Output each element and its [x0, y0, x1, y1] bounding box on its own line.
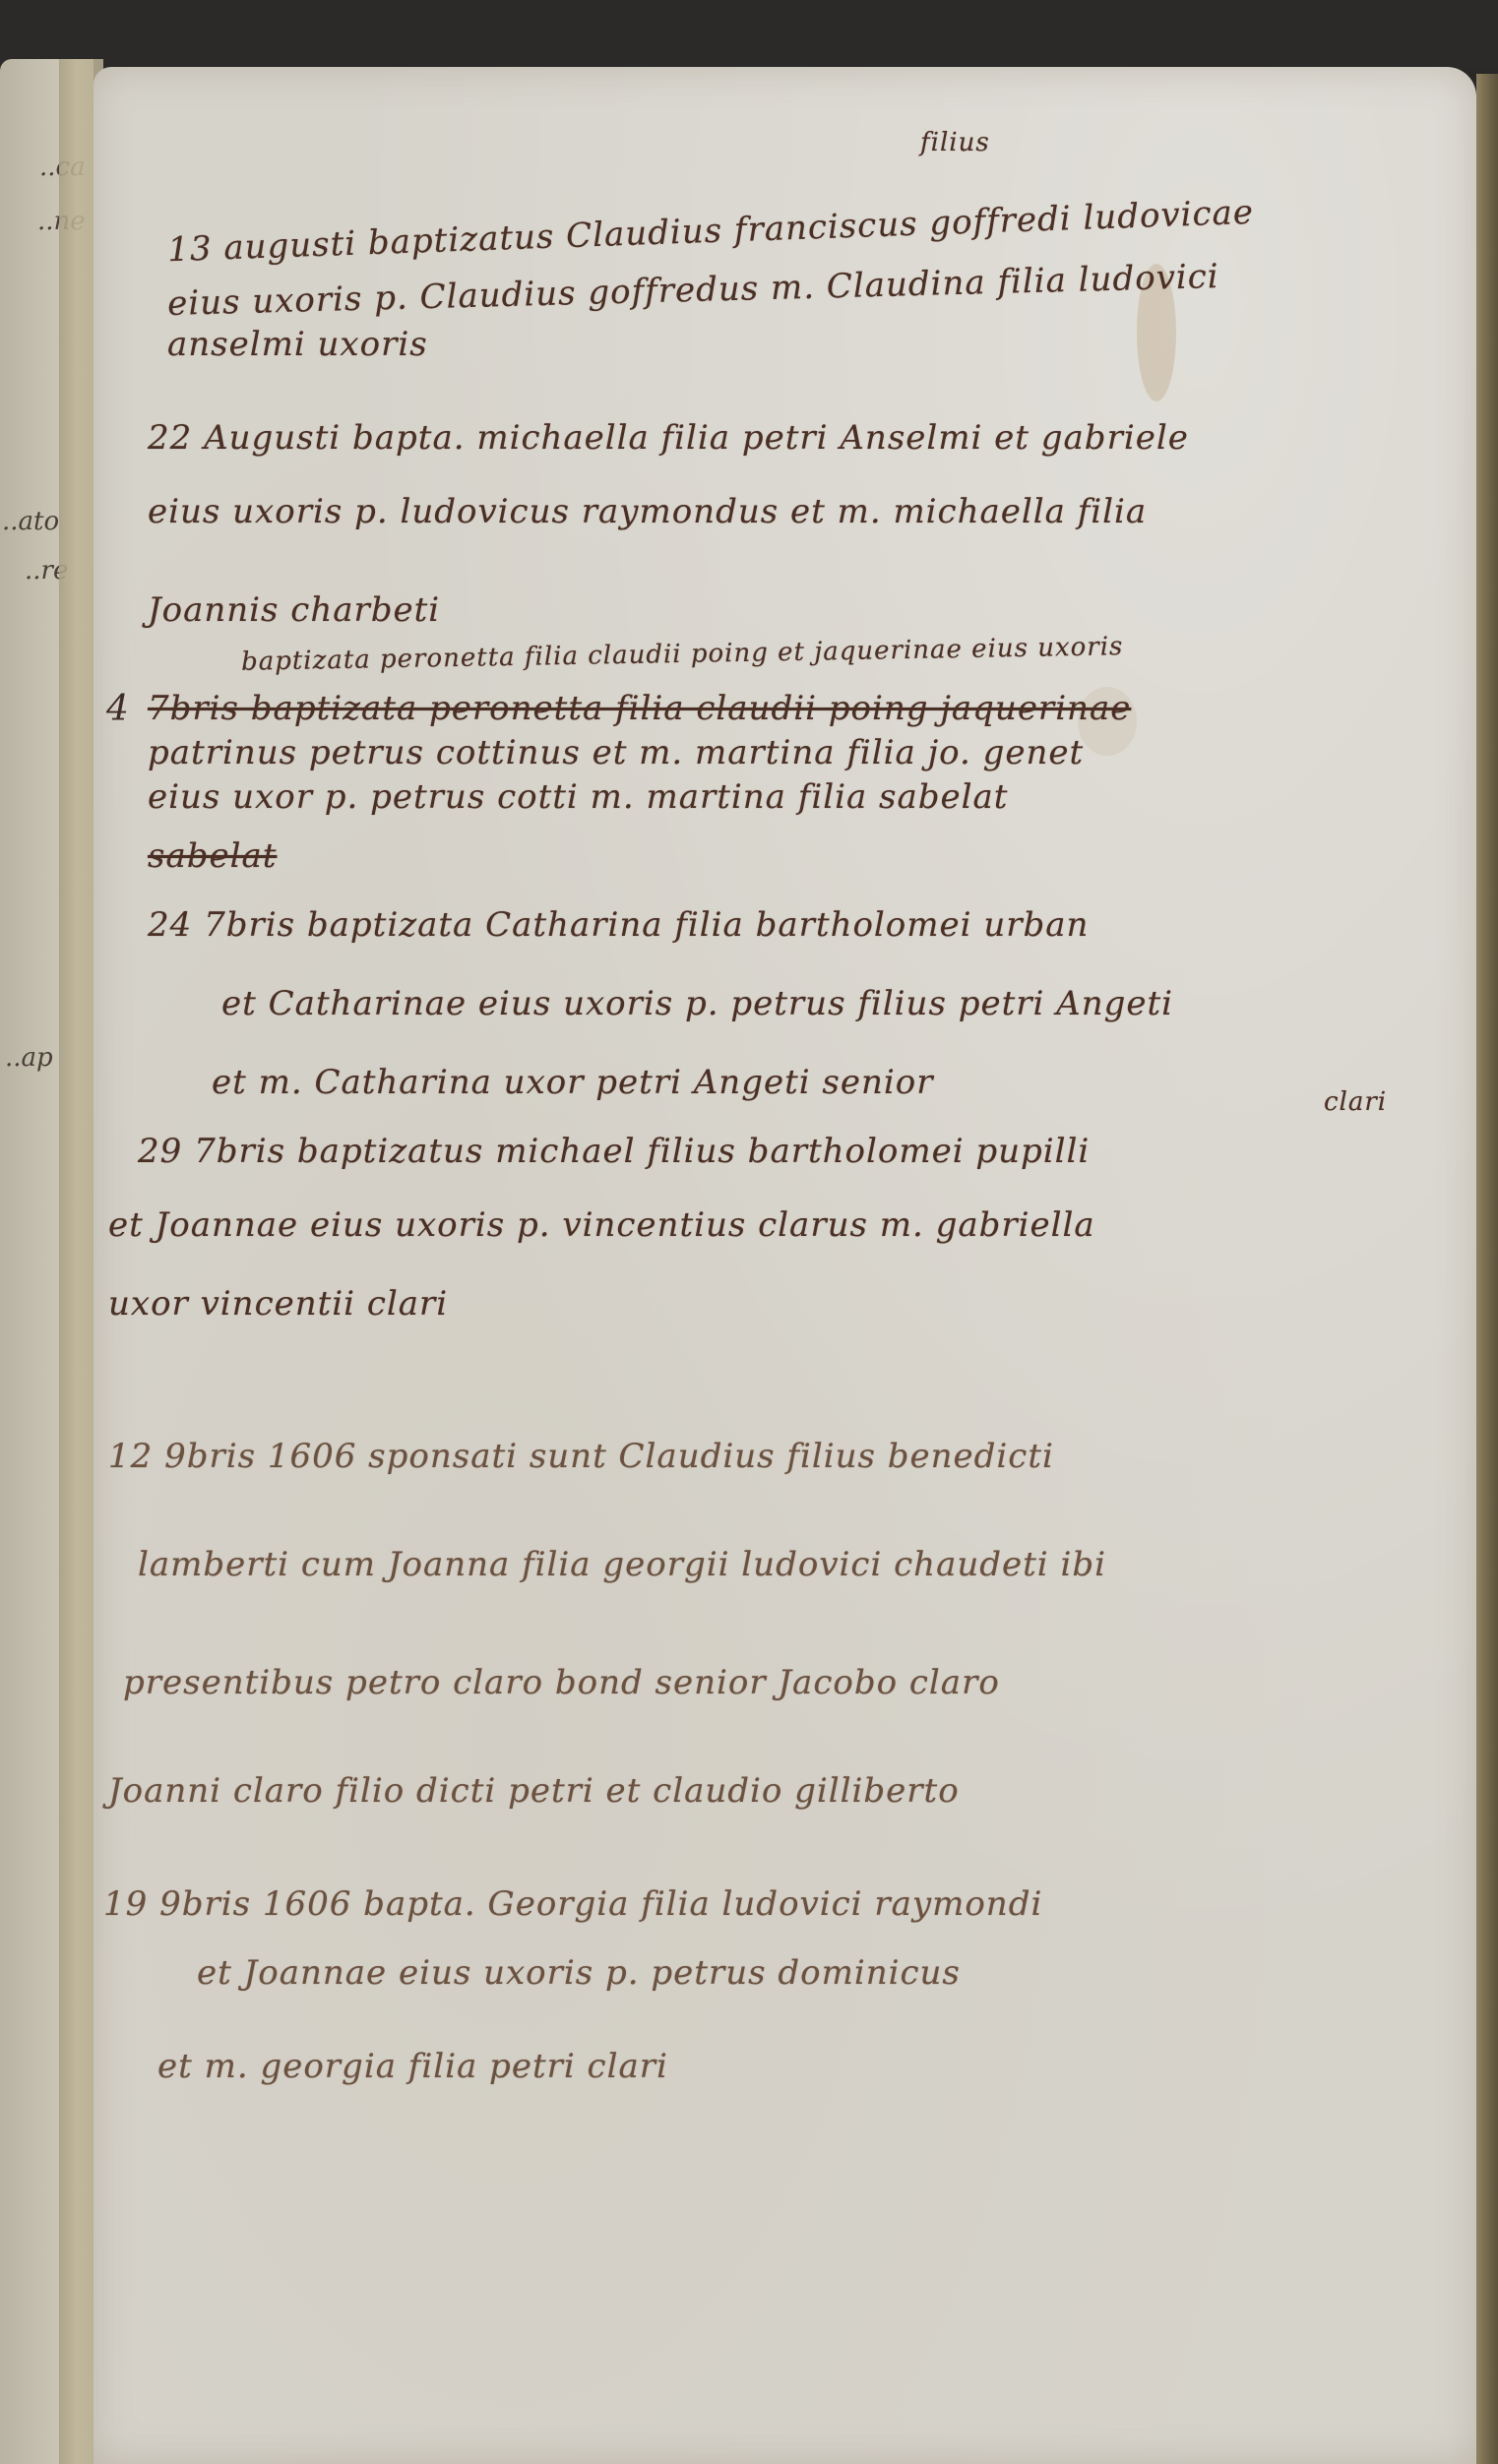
entry-line: et m. georgia filia petri clari	[157, 2047, 668, 2086]
entry-line: uxor vincentii clari	[108, 1284, 448, 1324]
entry-line: et Joannae eius uxoris p. vincentius cla…	[108, 1205, 1095, 1245]
struck-entry-line: sabelat	[148, 836, 277, 876]
entry-line: lamberti cum Joanna filia georgii ludovi…	[138, 1545, 1106, 1584]
entry-line: 29 7bris baptizatus michael filius barth…	[138, 1132, 1090, 1171]
page-stack-edge	[1476, 74, 1498, 2464]
entry-line: presentibus petro claro bond senior Jaco…	[123, 1663, 1000, 1702]
struck-entry-line: 7bris baptizata peronetta filia claudii …	[148, 689, 1131, 728]
entry-line: eius uxoris p. ludovicus raymondus et m.…	[148, 492, 1147, 531]
entry-line: anselmi uxoris	[167, 325, 428, 364]
entry-line: 22 Augusti bapta. michaella filia petri …	[148, 418, 1189, 458]
entry-line: 12 9bris 1606 sponsati sunt Claudius fil…	[108, 1437, 1054, 1476]
entry-line: patrinus petrus cottinus et m. martina f…	[148, 733, 1084, 772]
entry-line: et Joannae eius uxoris p. petrus dominic…	[197, 1953, 961, 1993]
entry-line: Joanni claro filio dicti petri et claudi…	[108, 1771, 960, 1811]
entry-line: Joannis charbeti	[148, 590, 440, 630]
entry-line: eius uxor p. petrus cotti m. martina fil…	[148, 777, 1008, 817]
scan-background	[0, 0, 1498, 69]
interlinear-note: clari	[1324, 1087, 1387, 1117]
entry-line: et m. Catharina uxor petri Angeti senior	[212, 1063, 934, 1102]
margin-fragment: ..ato	[2, 507, 59, 536]
margin-fragment: ..ap	[5, 1043, 53, 1073]
interlinear-note: filius	[920, 128, 990, 157]
entry-line: 19 9bris 1606 bapta. Georgia filia ludov…	[103, 1884, 1042, 1924]
margin-number: 4	[106, 689, 129, 729]
entry-line: et Catharinae eius uxoris p. petrus fili…	[221, 984, 1173, 1023]
entry-line: 24 7bris baptizata Catharina filia barth…	[148, 905, 1089, 945]
